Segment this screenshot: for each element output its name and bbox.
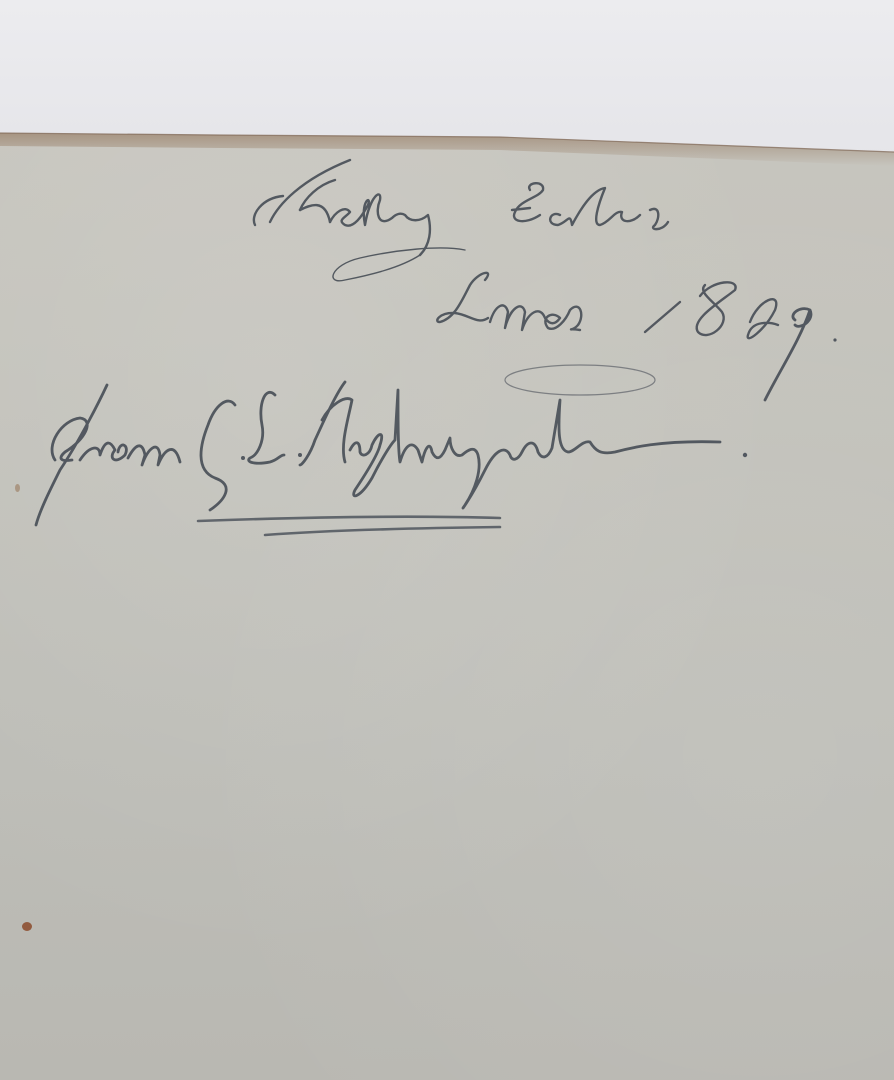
inscription-line-1 — [254, 160, 668, 281]
flourish-oval — [505, 365, 655, 395]
inscription-line-3 — [36, 382, 747, 525]
signature-underline — [198, 517, 500, 535]
inscription-line-2 — [437, 273, 836, 400]
handwriting — [0, 0, 894, 1080]
